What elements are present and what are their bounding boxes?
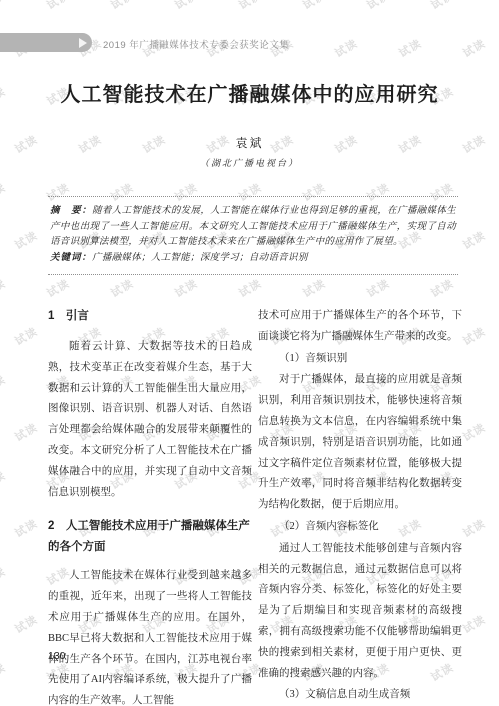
- watermark-text: 试读: [0, 467, 8, 493]
- watermark-text: 试读: [44, 0, 73, 13]
- list-item-heading: （2）音频内容标签化: [258, 517, 462, 538]
- header-band: [0, 33, 92, 52]
- body-paragraph: 通过人工智能技术能够创建与音频内容相关的元数据信息，通过元数据信息可以将音频内容…: [258, 539, 462, 685]
- left-column: 1 引言随着云计算、大数据等技术的日趋成熟，技术变革正在改变着媒介生态，基于大数…: [48, 306, 252, 706]
- body-paragraph: 随着云计算、大数据等技术的日趋成熟，技术变革正在改变着媒介生态，基于大数据和云计…: [48, 337, 252, 503]
- body-paragraph: 人工智能技术在媒体行业受到越来越多的重视，近年来，出现了一些将人工智能技术应用于…: [48, 566, 252, 706]
- paper-title: 人工智能技术在广播融媒体中的应用研究: [0, 78, 499, 107]
- body-paragraph-continuation: 技术可应用于广播媒体生产的各个环节，下面谈谈它将为广播融媒体生产带来的改变。: [258, 306, 462, 348]
- abstract-text: 随着人工智能技术的发展，人工智能在媒体行业也得到足够的重视，在广播融媒体生产中也…: [50, 206, 456, 247]
- watermark-text: 试读: [0, 563, 8, 589]
- watermark-text: 试读: [460, 515, 489, 541]
- abstract-paragraph: 摘 要：随着人工智能技术的发展，人工智能在媒体行业也得到足够的重视，在广播融媒体…: [50, 204, 456, 251]
- watermark-text: 试读: [0, 659, 8, 685]
- author-name: 袁斌: [0, 134, 499, 151]
- watermark-text: 试读: [364, 0, 393, 13]
- keywords-text: 广播融媒体；人工智能；深度学习；自动语音识别: [92, 253, 308, 263]
- watermark-text: 试读: [12, 419, 41, 445]
- section-heading: 1 引言: [48, 306, 252, 327]
- watermark-text: 试读: [12, 515, 41, 541]
- watermark-text: 试读: [300, 0, 329, 13]
- watermark-text: 试读: [12, 611, 41, 637]
- keywords-line: 关键词：广播融媒体；人工智能；深度学习；自动语音识别: [50, 251, 456, 267]
- watermark-text: 试读: [460, 611, 489, 637]
- watermark-text: 试读: [12, 323, 41, 349]
- author-affiliation: （湖北广播电视台）: [0, 156, 499, 169]
- abstract-label: 摘 要：: [50, 206, 92, 216]
- watermark-text: 试读: [108, 0, 137, 13]
- watermark-text: 试读: [460, 35, 489, 61]
- abstract-box: 摘 要：随着人工智能技术的发展，人工智能在媒体行业也得到足够的重视，在广播融媒体…: [48, 196, 458, 275]
- watermark-text: 试读: [0, 179, 8, 205]
- watermark-text: 试读: [332, 35, 361, 61]
- watermark-text: 试读: [300, 275, 329, 301]
- watermark-text: 试读: [396, 35, 425, 61]
- right-column: 技术可应用于广播媒体生产的各个环节，下面谈谈它将为广播融媒体生产带来的改变。（1…: [258, 306, 462, 706]
- play-arrow-icon: [79, 38, 87, 48]
- keywords-label: 关键词：: [50, 253, 92, 263]
- watermark-text: 试读: [172, 0, 201, 13]
- watermark-text: 试读: [0, 0, 8, 13]
- watermark-text: 试读: [460, 227, 489, 253]
- watermark-text: 试读: [364, 275, 393, 301]
- watermark-text: 试读: [428, 275, 457, 301]
- watermark-text: 试读: [12, 227, 41, 253]
- body-paragraph: 对于广播媒体，最直接的应用就是音频识别，利用音频识别技术，能够快速将音频信息转换…: [258, 370, 462, 516]
- watermark-text: 试读: [0, 371, 8, 397]
- watermark-text: 试读: [236, 0, 265, 13]
- paper-page: 试读试读试读试读试读试读试读试读试读试读试读试读试读试读试读试读试读试读试读试读…: [0, 0, 499, 706]
- section-heading: 2 人工智能技术应用于广播融媒体生产的各个方面: [48, 516, 252, 558]
- watermark-text: 试读: [172, 275, 201, 301]
- list-item-heading: （3）文稿信息自动生成音频: [258, 685, 462, 706]
- collection-title: 2019 年广播融媒体技术专委会获奖论文集: [103, 37, 289, 51]
- list-item-heading: （1）音频识别: [258, 349, 462, 370]
- watermark-text: 试读: [108, 275, 137, 301]
- watermark-text: 试读: [236, 275, 265, 301]
- watermark-text: 试读: [44, 275, 73, 301]
- watermark-text: 试读: [460, 323, 489, 349]
- watermark-text: 试读: [428, 0, 457, 13]
- watermark-text: 试读: [0, 275, 8, 301]
- page-number: 130: [48, 650, 66, 662]
- watermark-text: 试读: [460, 419, 489, 445]
